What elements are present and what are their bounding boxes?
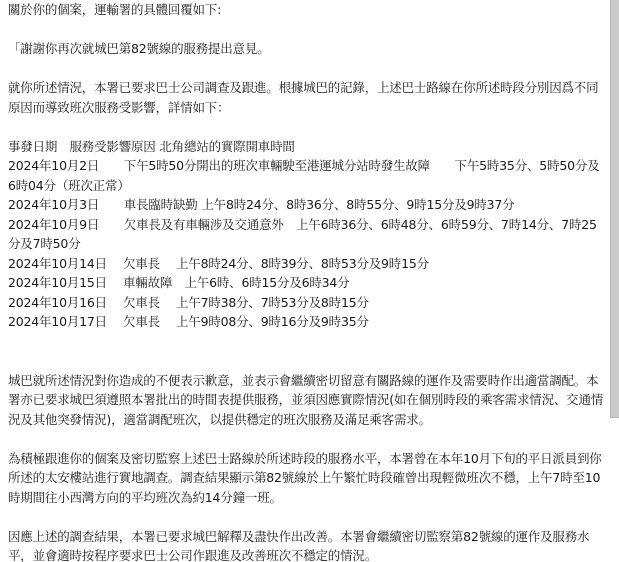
spacer — [8, 20, 604, 40]
spacer — [8, 507, 604, 527]
scrollbar-thumb[interactable] — [610, 0, 619, 418]
intro-text: 關於你的個案，運輸署的具體回覆如下: — [8, 0, 604, 20]
incident-row: 2024年10月17日 欠車長 上午9時08分、9時16分及9時35分 — [8, 312, 604, 332]
incident-row: 2024年10月3日 車長臨時缺勤 上午8時24分、8時36分、8時55分、9時… — [8, 195, 604, 215]
incident-table: 事發日期 服務受影響原因 北角總站的實際開車時間 2024年10月2日 下午5時… — [8, 137, 604, 332]
paragraph-apology: 城巴就所述情況對你造成的不便表示歉意，並表示會繼續密切留意有關路線的運作及需要時… — [8, 371, 604, 430]
quote-opening: 「謝謝你再次就城巴第82號線的服務提出意見。 — [8, 39, 604, 59]
vertical-scrollbar[interactable] — [610, 0, 619, 562]
spacer — [8, 332, 604, 352]
incident-row: 2024年10月2日 下午5時50分開出的班次車輛駛至港運城分站時發生故障 下午… — [8, 156, 604, 195]
incident-row: 2024年10月9日 欠車長及有車輛涉及交通意外 上午6時36分、6時48分、6… — [8, 215, 604, 254]
spacer — [8, 59, 604, 79]
paragraph-investigation: 就你所述情況，本署已要求巴士公司調查及跟進。根據城巴的記錄，上述巴士路線在你所述… — [8, 78, 604, 117]
spacer — [8, 351, 604, 371]
incident-row: 2024年10月15日 車輛故障 上午6時、6時15分及6時34分 — [8, 273, 604, 293]
paragraph-follow-up: 因應上述的調查結果，本署已要求城巴解釋及盡快作出改善。本署會繼續密切監察第82號… — [8, 527, 604, 562]
paragraph-site-survey: 為積極跟進你的個案及密切監察上述巴士路線於所述時段的服務水平，本署曾在本年10月… — [8, 449, 604, 508]
spacer — [8, 429, 604, 449]
incident-table-header: 事發日期 服務受影響原因 北角總站的實際開車時間 — [8, 137, 604, 157]
incident-row: 2024年10月16日 欠車長 上午7時38分、7時53分及8時15分 — [8, 293, 604, 313]
reply-document: 關於你的個案，運輸署的具體回覆如下: 「謝謝你再次就城巴第82號線的服務提出意見… — [8, 0, 604, 562]
incident-row: 2024年10月14日 欠車長 上午8時24分、8時39分、8時53分及9時15… — [8, 254, 604, 274]
spacer — [8, 117, 604, 137]
